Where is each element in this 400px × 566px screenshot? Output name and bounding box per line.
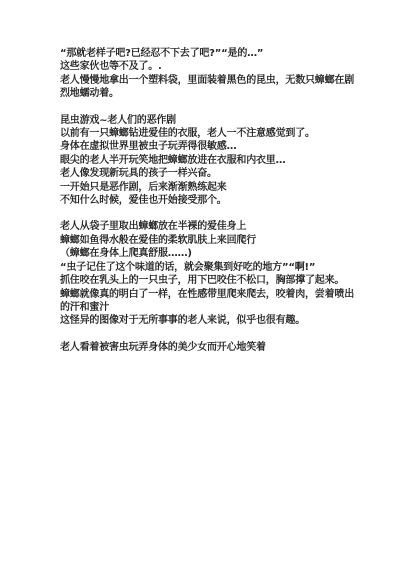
text-line-section-title: 昆虫游戏~老人们的恶作剧: [60, 114, 362, 127]
document-page: “那就老样子吧?已经忍不下去了吧?”“是的…” 这些家伙也等不及了。. 老人慢慢…: [0, 0, 400, 566]
text-line: （蟑螂在身体上爬真舒服……): [60, 247, 362, 260]
text-line: 烈地蠕动着。: [60, 87, 362, 100]
text-line: 眼尖的老人半开玩笑地把蟑螂放进在衣服和内衣里…: [60, 154, 362, 167]
paragraph-insect-game: 昆虫游戏~老人们的恶作剧 以前有一只蟑螂钻进爱佳的衣服，老人一不注意感觉到了。 …: [60, 114, 362, 208]
text-line: 不知什么时候，爱佳也开始接受那个。: [60, 194, 362, 207]
text-line: “那就老样子吧?已经忍不下去了吧?”“是的…”: [60, 47, 362, 60]
text-line: 老人从袋子里取出蟑螂放在半裸的爱佳身上: [60, 220, 362, 233]
text-line: 蟑螂就像真的明白了一样，在性感带里爬来爬去，咬着肉，尝着喷出: [60, 288, 362, 301]
paragraph-scene: 老人从袋子里取出蟑螂放在半裸的爱佳身上 蟑螂如鱼得水般在爱佳的柔软肌肤上来回爬行…: [60, 220, 362, 327]
text-line: 一开始只是恶作剧，后来渐渐熟练起来: [60, 181, 362, 194]
paragraph-dialogue-intro: “那就老样子吧?已经忍不下去了吧?”“是的…” 这些家伙也等不及了。. 老人慢慢…: [60, 47, 362, 101]
paragraph-closing: 老人看着被害虫玩弄身体的美少女而开心地笑着: [60, 341, 362, 354]
text-line: 的汗和蜜汁: [60, 301, 362, 314]
text-line: 这怪异的图像对于无所事事的老人来说，似乎也很有趣。: [60, 314, 362, 327]
text-line: 老人看着被害虫玩弄身体的美少女而开心地笑着: [60, 341, 362, 354]
text-line: 以前有一只蟑螂钻进爱佳的衣服，老人一不注意感觉到了。: [60, 127, 362, 140]
text-line: “虫子记住了这个味道的话，就会聚集到好吃的地方”“啊!”: [60, 261, 362, 274]
text-line: 蟑螂如鱼得水般在爱佳的柔软肌肤上来回爬行: [60, 234, 362, 247]
text-line: 身体在虚拟世界里被虫子玩弄得很敏感…: [60, 140, 362, 153]
text-line: 老人像发现新玩具的孩子一样兴奋。: [60, 167, 362, 180]
text-line: 老人慢慢地拿出一个塑料袋，里面装着黑色的昆虫，无数只蟑螂在剧: [60, 74, 362, 87]
text-line: 这些家伙也等不及了。.: [60, 60, 362, 73]
text-line: 抓住咬在乳头上的一只虫子，用下巴咬住不松口，胸部撑了起来。: [60, 274, 362, 287]
